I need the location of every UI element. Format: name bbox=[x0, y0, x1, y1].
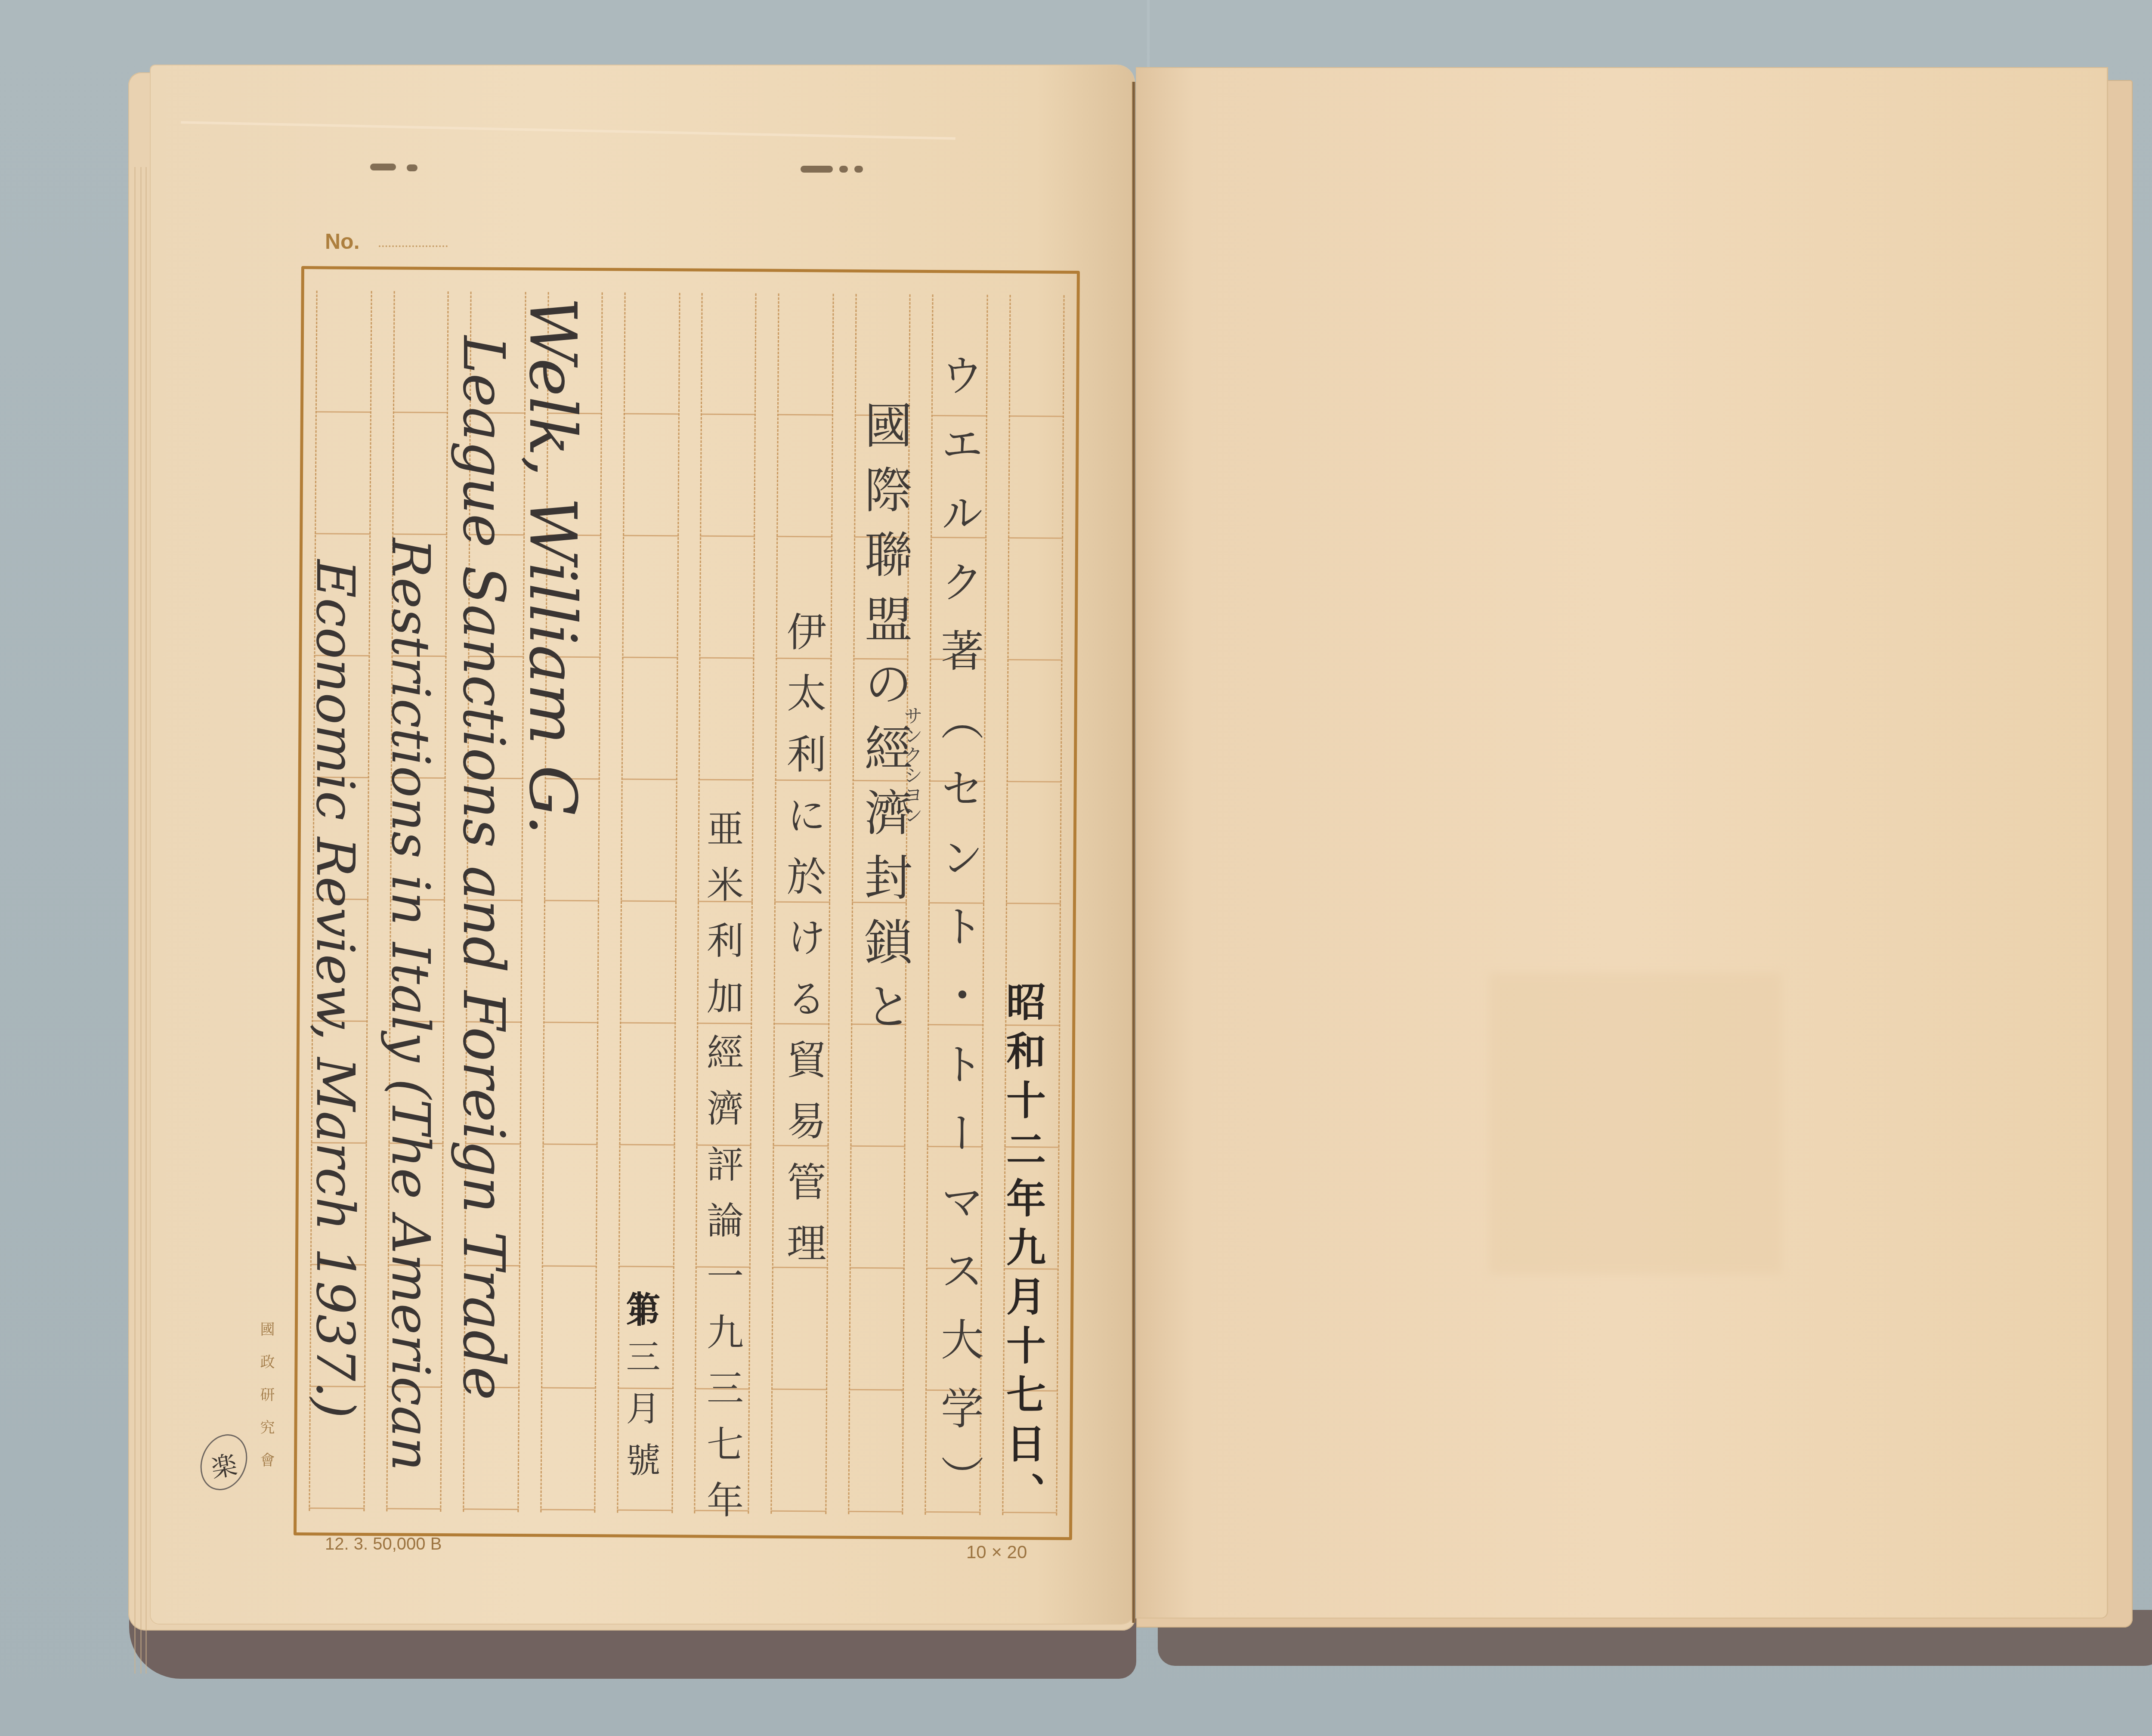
print-code: 12. 3. 50,000 B bbox=[325, 1535, 442, 1554]
book-gutter bbox=[1132, 82, 1135, 1623]
ink-show-through bbox=[1489, 973, 1782, 1274]
title-english-2: Restrictions in Italy (The American bbox=[380, 538, 441, 1471]
binding-stitch bbox=[370, 164, 396, 170]
publisher-imprint: 國政研究會 bbox=[255, 1321, 277, 1485]
grid-size-label: 10 × 20 bbox=[966, 1542, 1027, 1563]
page-edge-line bbox=[145, 167, 147, 1674]
author-english: Welk, William G. bbox=[515, 297, 590, 835]
journal-japanese: 亜米利加經濟評論一九三七年 bbox=[695, 809, 748, 1537]
page-edge-line bbox=[134, 167, 136, 1674]
struck-character: 第 bbox=[615, 1291, 665, 1326]
title-line-2: 伊太利に於ける貿易管理 bbox=[775, 611, 832, 1284]
date-note: 昭和十二年九月十七日、 bbox=[994, 981, 1051, 1521]
right-page-blank bbox=[1136, 68, 2107, 1618]
furigana-sanction: サンクシヨン bbox=[897, 706, 925, 825]
grid-column bbox=[617, 293, 680, 1513]
binding-stitch bbox=[801, 166, 833, 173]
page-edge-line bbox=[140, 167, 142, 1674]
issue-march: 三月號 bbox=[615, 1339, 665, 1494]
binding-stitch bbox=[839, 166, 848, 173]
title-english-1: League Sanctions and Foreign Trade bbox=[450, 336, 516, 1400]
binding-stitch bbox=[407, 164, 417, 171]
author-line: ウエルク著（セント・トーマス大学） bbox=[928, 353, 989, 1524]
binding-stitch bbox=[854, 166, 863, 173]
journal-english: Economic Review, March 1937.) bbox=[305, 560, 366, 1418]
number-label: No. bbox=[325, 229, 360, 254]
number-field-line[interactable] bbox=[379, 245, 448, 247]
